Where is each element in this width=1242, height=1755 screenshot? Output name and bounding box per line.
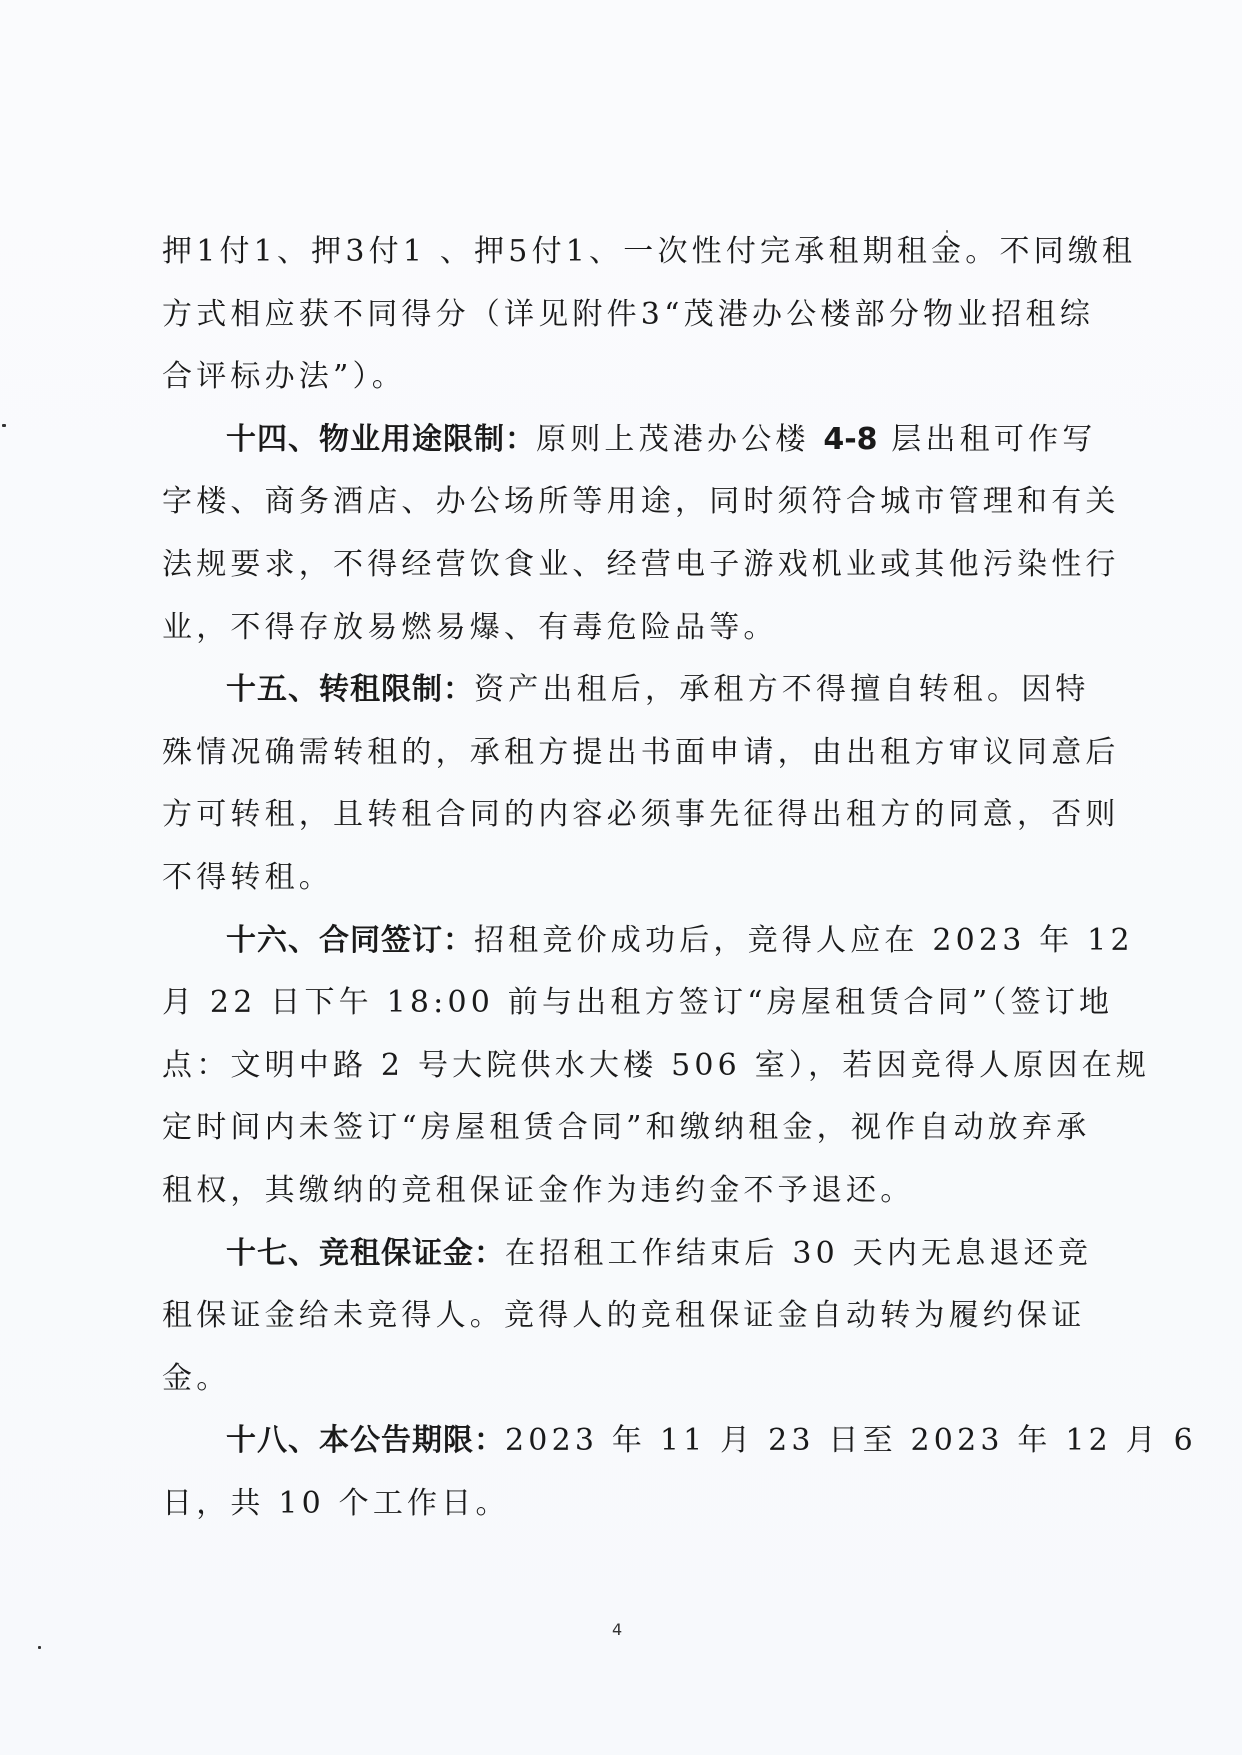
document-page: 押1付1、押3付1 、押5付1、一次性付完承租期租金。不同缴租 方式相应获不同得…	[0, 0, 1242, 1755]
scan-speck	[38, 1646, 41, 1649]
section-heading: 十五、转租限制：	[226, 672, 474, 707]
section-heading: 十八、本公告期限：	[226, 1423, 505, 1458]
text-line: 金。	[162, 1353, 1082, 1416]
text-line: 押1付1、押3付1 、押5付1、一次性付完承租期租金。不同缴租	[162, 226, 1082, 289]
text-span: 招租竞价成功后，竞得人应在 2023 年 12	[474, 923, 1134, 958]
text-line: 租保证金给未竞得人。竞得人的竞租保证金自动转为履约保证	[162, 1290, 1082, 1353]
section-18-first-line: 十八、本公告期限：2023 年 11 月 23 日至 2023 年 12 月 6	[162, 1415, 1082, 1478]
text-line: 月 22 日下午 18:00 前与出租方签订“房屋租赁合同”（签订地	[162, 977, 1082, 1040]
text-line: 法规要求，不得经营饮食业、经营电子游戏机业或其他污染性行	[162, 539, 1082, 602]
text-span: 在招租工作结束后 30 天内无息退还竞	[505, 1236, 1092, 1271]
document-body: 押1付1、押3付1 、押5付1、一次性付完承租期租金。不同缴租 方式相应获不同得…	[162, 226, 1082, 1540]
section-14-first-line: 十四、物业用途限制：原则上茂港办公楼 4-8 层出租可作写	[162, 414, 1082, 477]
text-span: 原则上茂港办公楼	[536, 422, 823, 457]
text-span: 资产出租后，承租方不得擅自转租。因特	[474, 672, 1090, 707]
section-15-first-line: 十五、转租限制：资产出租后，承租方不得擅自转租。因特	[162, 664, 1082, 727]
scan-speck	[946, 230, 948, 233]
text-line: 点：文明中路 2 号大院供水大楼 506 室），若因竞得人原因在规	[162, 1040, 1082, 1103]
text-line: 定时间内未签订“房屋租赁合同”和缴纳租金，视作自动放弃承	[162, 1102, 1082, 1165]
text-line: 殊情况确需转租的，承租方提出书面申请，由出租方审议同意后	[162, 727, 1082, 790]
text-line: 字楼、商务酒店、办公场所等用途，同时须符合城市管理和有关	[162, 476, 1082, 539]
section-heading: 十四、物业用途限制：	[226, 422, 536, 457]
section-heading: 十六、合同签订：	[226, 923, 474, 958]
section-16-first-line: 十六、合同签订：招租竞价成功后，竞得人应在 2023 年 12	[162, 915, 1082, 978]
section-17-first-line: 十七、竞租保证金：在招租工作结束后 30 天内无息退还竞	[162, 1228, 1082, 1291]
text-line: 日，共 10 个工作日。	[162, 1478, 1082, 1541]
text-line: 业，不得存放易燃易爆、有毒危险品等。	[162, 602, 1082, 665]
section-heading: 十七、竞租保证金：	[226, 1236, 505, 1271]
floor-range: 4-8	[823, 422, 877, 457]
text-span: 层出租可作写	[878, 422, 1097, 457]
text-line: 方式相应获不同得分（详见附件3“茂港办公楼部分物业招租综	[162, 289, 1082, 352]
page-number: 4	[612, 1620, 622, 1639]
text-span: 2023 年 11 月 23 日至 2023 年 12 月 6	[505, 1423, 1197, 1458]
text-line: 合评标办法”）。	[162, 351, 1082, 414]
text-line: 租权，其缴纳的竞租保证金作为违约金不予退还。	[162, 1165, 1082, 1228]
text-line: 方可转租，且转租合同的内容必须事先征得出租方的同意，否则	[162, 789, 1082, 852]
text-line: 不得转租。	[162, 852, 1082, 915]
scan-speck	[2, 424, 6, 427]
